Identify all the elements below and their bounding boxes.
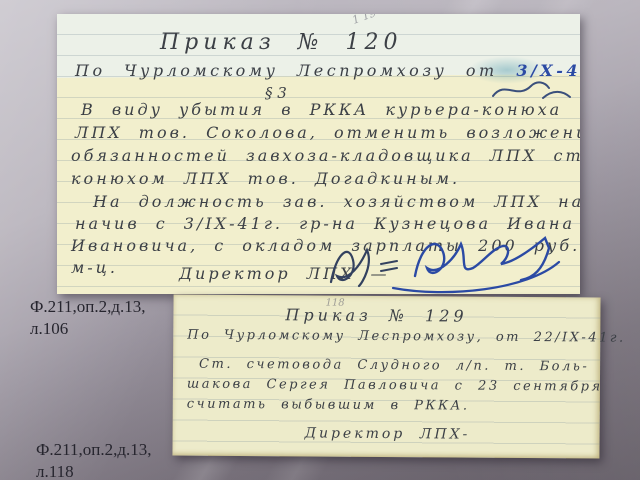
archive-reference-caption-118: Ф.211,оп.2,д.13, л.118: [36, 439, 152, 480]
caption-line: Ф.211,оп.2,д.13,: [30, 296, 146, 318]
order-header-text: По Чурломскому Леспромхозу от: [75, 61, 498, 80]
ink-flourish-mark: [487, 72, 577, 106]
director-signature-label: Директор ЛПХ-: [305, 425, 471, 442]
signature-ink-scribble: [297, 218, 577, 294]
archive-reference-caption-106: Ф.211,оп.2,д.13, л.106: [30, 296, 146, 340]
order-title: Приказ № 120: [160, 30, 403, 55]
body-line: считать выбывшим в РККА.: [187, 397, 470, 414]
order-title: Приказ № 129: [285, 305, 467, 325]
caption-line: Ф.211,оп.2,д.13,: [36, 439, 152, 461]
order-header-line: По Чурломскому Леспромхозу, от 22/IХ-41г…: [187, 328, 625, 346]
body-line: конюхом ЛПХ тов. Догадкиным.: [71, 169, 460, 188]
document-scan-order-129: 118 Приказ № 129 По Чурломскому Леспромх…: [172, 295, 600, 459]
document-scan-order-120: 1 19 Приказ № 120 По Чурломскому Леспром…: [57, 14, 580, 294]
caption-line: л.106: [30, 318, 146, 340]
body-line: шакова Сергея Павловича с 23 сентября: [187, 377, 603, 395]
body-line: На должность зав. хозяйством ЛПХ наз-: [93, 192, 580, 211]
slide: 1 19 Приказ № 120 По Чурломскому Леспром…: [0, 0, 640, 480]
caption-line: л.118: [36, 461, 152, 480]
body-line: Ст. счетовода Слудного л/п. т. Боль-: [199, 357, 589, 375]
pencil-note: 1 19: [351, 14, 378, 27]
body-line: м-ц.: [71, 258, 118, 277]
body-line: ЛПХ тов. Соколова, отменить возложение: [75, 123, 580, 142]
body-line: обязанностей завхоза-кладовщика ЛПХ ст.: [71, 146, 580, 165]
